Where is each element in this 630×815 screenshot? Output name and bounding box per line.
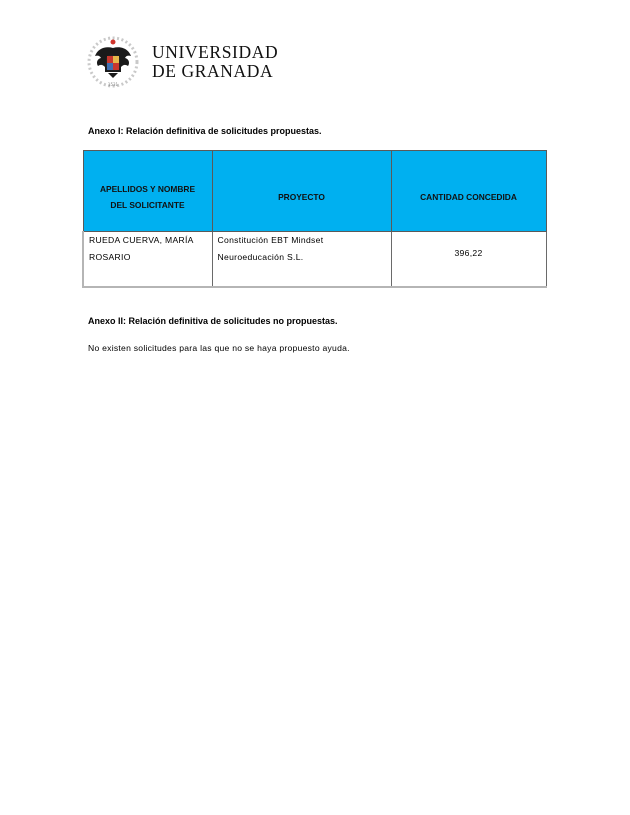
- cell-cantidad: 396,22: [391, 232, 546, 288]
- university-crest-icon: 1531: [86, 36, 140, 88]
- column-header-proyecto: PROYECTO: [212, 151, 391, 232]
- logo-line-1: UNIVERSIDAD: [152, 43, 278, 62]
- column-header-cantidad: CANTIDAD CONCEDIDA: [391, 151, 546, 232]
- table-row: RUEDA CUERVA, MARÍA ROSARIO Constitución…: [83, 232, 546, 288]
- cell-solicitante: RUEDA CUERVA, MARÍA ROSARIO: [83, 232, 212, 288]
- annex2-text: No existen solicitudes para las que no s…: [88, 343, 350, 353]
- svg-text:1531: 1531: [108, 82, 119, 87]
- university-name: UNIVERSIDAD DE GRANADA: [152, 43, 278, 81]
- cell-proyecto: Constitución EBT Mindset Neuroeducación …: [212, 232, 391, 288]
- annex1-table: APELLIDOS Y NOMBRE DEL SOLICITANTE PROYE…: [82, 150, 547, 288]
- university-logo: 1531 UNIVERSIDAD DE GRANADA: [86, 36, 276, 88]
- annex2-title: Anexo II: Relación definitiva de solicit…: [88, 316, 338, 326]
- column-header-solicitante: APELLIDOS Y NOMBRE DEL SOLICITANTE: [83, 151, 212, 232]
- logo-line-2: DE GRANADA: [152, 62, 278, 81]
- table-header-row: APELLIDOS Y NOMBRE DEL SOLICITANTE PROYE…: [83, 151, 546, 232]
- annex1-title: Anexo I: Relación definitiva de solicitu…: [88, 126, 322, 136]
